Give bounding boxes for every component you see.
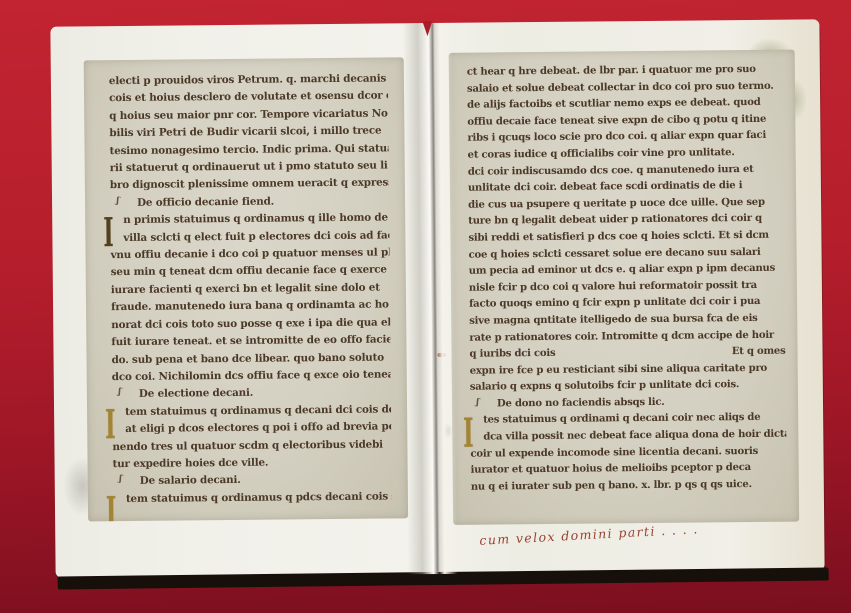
margin-flourish-icon: ʃ — [116, 384, 123, 402]
section-heading-label: De dono no faciendis absqs lic. — [497, 397, 665, 410]
text-line: ribs i qcuqs loco scie pro dco coi. q al… — [467, 128, 783, 148]
text-line: fraude. manutenedo iura bana q ordinamta… — [111, 297, 390, 317]
paragraph-block: ct hear q hre debeat. de lbr par. i quat… — [467, 62, 786, 397]
paragraph-block: Ites statuimus q ordinami q decani coir … — [470, 410, 787, 496]
illuminated-initial: I — [103, 213, 114, 253]
paragraph-block: electi p prouidos viros Petrum. q. march… — [109, 70, 389, 195]
text-line: nu q ei iurater sub pen q bano. x. lbr. … — [471, 476, 787, 496]
paragraph-block: Item statuimus q ordinamus q pdcs decani… — [113, 488, 392, 508]
text-line: nendo tres ul quatuor scdm q electoribus… — [112, 436, 391, 456]
text-line: fuit iurare teneat. et se intromitte de … — [111, 332, 390, 352]
right-leaf: ct hear q hre debeat. de lbr par. i quat… — [426, 19, 824, 574]
photo-background: electi p prouidos viros Petrum. q. march… — [0, 0, 851, 613]
illuminated-initial: I — [463, 414, 474, 454]
text-line: at eligi p dcos electores q poi i offo a… — [112, 419, 391, 439]
margin-flourish-icon: ʃ — [114, 193, 121, 211]
margin-flourish-icon: ʃ — [117, 471, 124, 489]
manuscript-text-block-right: ct hear q hre debeat. de lbr par. i quat… — [449, 50, 800, 525]
margin-flourish-icon: ʃ — [474, 394, 481, 411]
fold-gutter — [402, 23, 457, 574]
manuscript-text-block-left: electi p prouidos viros Petrum. q. march… — [84, 57, 408, 521]
section-heading-label: De electione decani. — [139, 387, 253, 400]
text-line: bilis viri Petri de Budir vicarii slcoi,… — [109, 123, 388, 143]
manuscript-sheet: electi p prouidos viros Petrum. q. march… — [50, 19, 824, 577]
paragraph-block: In primis statuimus q ordinamus q ille h… — [110, 210, 391, 387]
paragraph-block: Item statuimus q ordinamus q decani dci … — [112, 401, 392, 473]
text-line-left: q iuribs dci cois — [469, 346, 555, 363]
section-heading-label: De salario decani. — [140, 474, 241, 487]
text-line: tem statuimus q ordinamus q pdcs decani … — [113, 488, 392, 508]
text-line-right: Et q omes — [732, 344, 786, 361]
section-heading-label: De officio decanie fiend. — [137, 195, 274, 208]
fold-notch — [422, 21, 432, 36]
left-parchment-panel: electi p prouidos viros Petrum. q. march… — [84, 57, 408, 521]
illuminated-initial: I — [106, 492, 117, 522]
text-line: n primis statuimus q ordinamus q ille ho… — [110, 210, 389, 230]
left-leaf: electi p prouidos viros Petrum. q. march… — [50, 23, 431, 578]
illuminated-initial: I — [105, 405, 116, 445]
right-parchment-panel: ct hear q hre debeat. de lbr par. i quat… — [449, 50, 800, 525]
